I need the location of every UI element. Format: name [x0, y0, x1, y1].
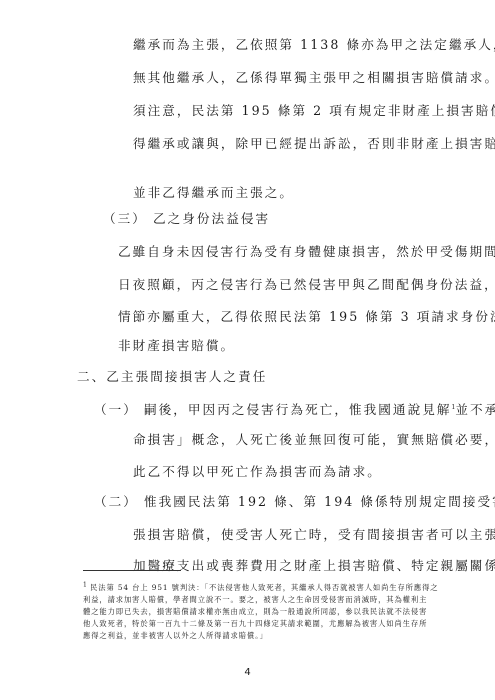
- body-line: 須注意，民法第 195 條第 2 項有規定非財產上損害賠償不: [133, 103, 495, 119]
- document-page: 繼承而為主張，乙依照第 1138 條亦為甲之法定繼承人，若 無其他繼承人，乙係得…: [0, 0, 495, 700]
- footnote-line: 利益，請求加害人賠償，學者間立說不一。要之，被害人之生命因受侵害而消滅時，其為權…: [83, 595, 427, 605]
- body-line: 並非乙得繼承而主張之。: [133, 185, 294, 201]
- footnote-separator: [83, 570, 181, 571]
- section-heading-2: 二、乙主張間接損害人之責任: [77, 369, 267, 385]
- subsection-1-text: （一） 嗣後，甲因丙之侵害行為死亡，惟我國通說見解: [94, 402, 452, 417]
- body-line: 命損害」概念，人死亡後並無回復可能，實無賠償必要，因: [133, 432, 495, 448]
- body-line: 日夜照顧，丙之侵害行為已然侵害甲與乙間配偶身份法益，且: [118, 277, 495, 293]
- body-line: 非財產損害賠償。: [118, 338, 235, 354]
- body-line: 乙雖自身未因侵害行為受有身體健康損害，然於甲受傷期間乙: [118, 244, 495, 260]
- subsection-2-line: （二） 惟我國民法第 192 條、第 194 條係特別規定間接受害人得主: [94, 494, 495, 510]
- subsection-1-text-cont: 並不承認「餘: [455, 402, 495, 417]
- body-line: 得繼承或讓與，除甲已經提出訴訟，否則非財產上損害賠償: [133, 136, 495, 152]
- footnote-line: 1 民法第 54 台上 951 號判決：「不法侵害他人致死者，其繼承人得否就被害…: [83, 583, 438, 593]
- subsection-1-line: （一） 嗣後，甲因丙之侵害行為死亡，惟我國通說見解1並不承認「餘: [94, 402, 495, 418]
- body-line: 加醫療支出或喪葬費用之財產上損害賠償、特定親屬關係者: [133, 558, 495, 574]
- body-line: 情節亦屬重大，乙得依照民法第 195 條第 3 項請求身份法益之: [118, 309, 495, 325]
- page-number: 4: [0, 667, 495, 678]
- body-line: 張損害賠償，使受害人死亡時，受有間接損害者可以主張增: [133, 527, 495, 543]
- body-line: 繼承而為主張，乙依照第 1138 條亦為甲之法定繼承人，若: [133, 37, 495, 53]
- footnote-line: 他人致死者，特於第一百九十二條及第一百九十四條定其請求範圍，尤應解為被害人如尚生…: [83, 619, 427, 629]
- body-line: 此乙不得以甲死亡作為損害而為請求。: [133, 464, 382, 480]
- subsection-heading-3: （三） 乙之身份法益侵害: [103, 211, 270, 227]
- body-line: 無其他繼承人，乙係得單獨主張甲之相關損害賠償請求。惟: [133, 70, 495, 86]
- footnote-line: 體之能力即已失去，損害賠償請求權亦無由成立，則為一般通說所同認，參以我民法就不法…: [83, 607, 427, 617]
- footnote-line: 應得之利益，並非被害人以外之人所得請求賠償。」: [83, 631, 268, 641]
